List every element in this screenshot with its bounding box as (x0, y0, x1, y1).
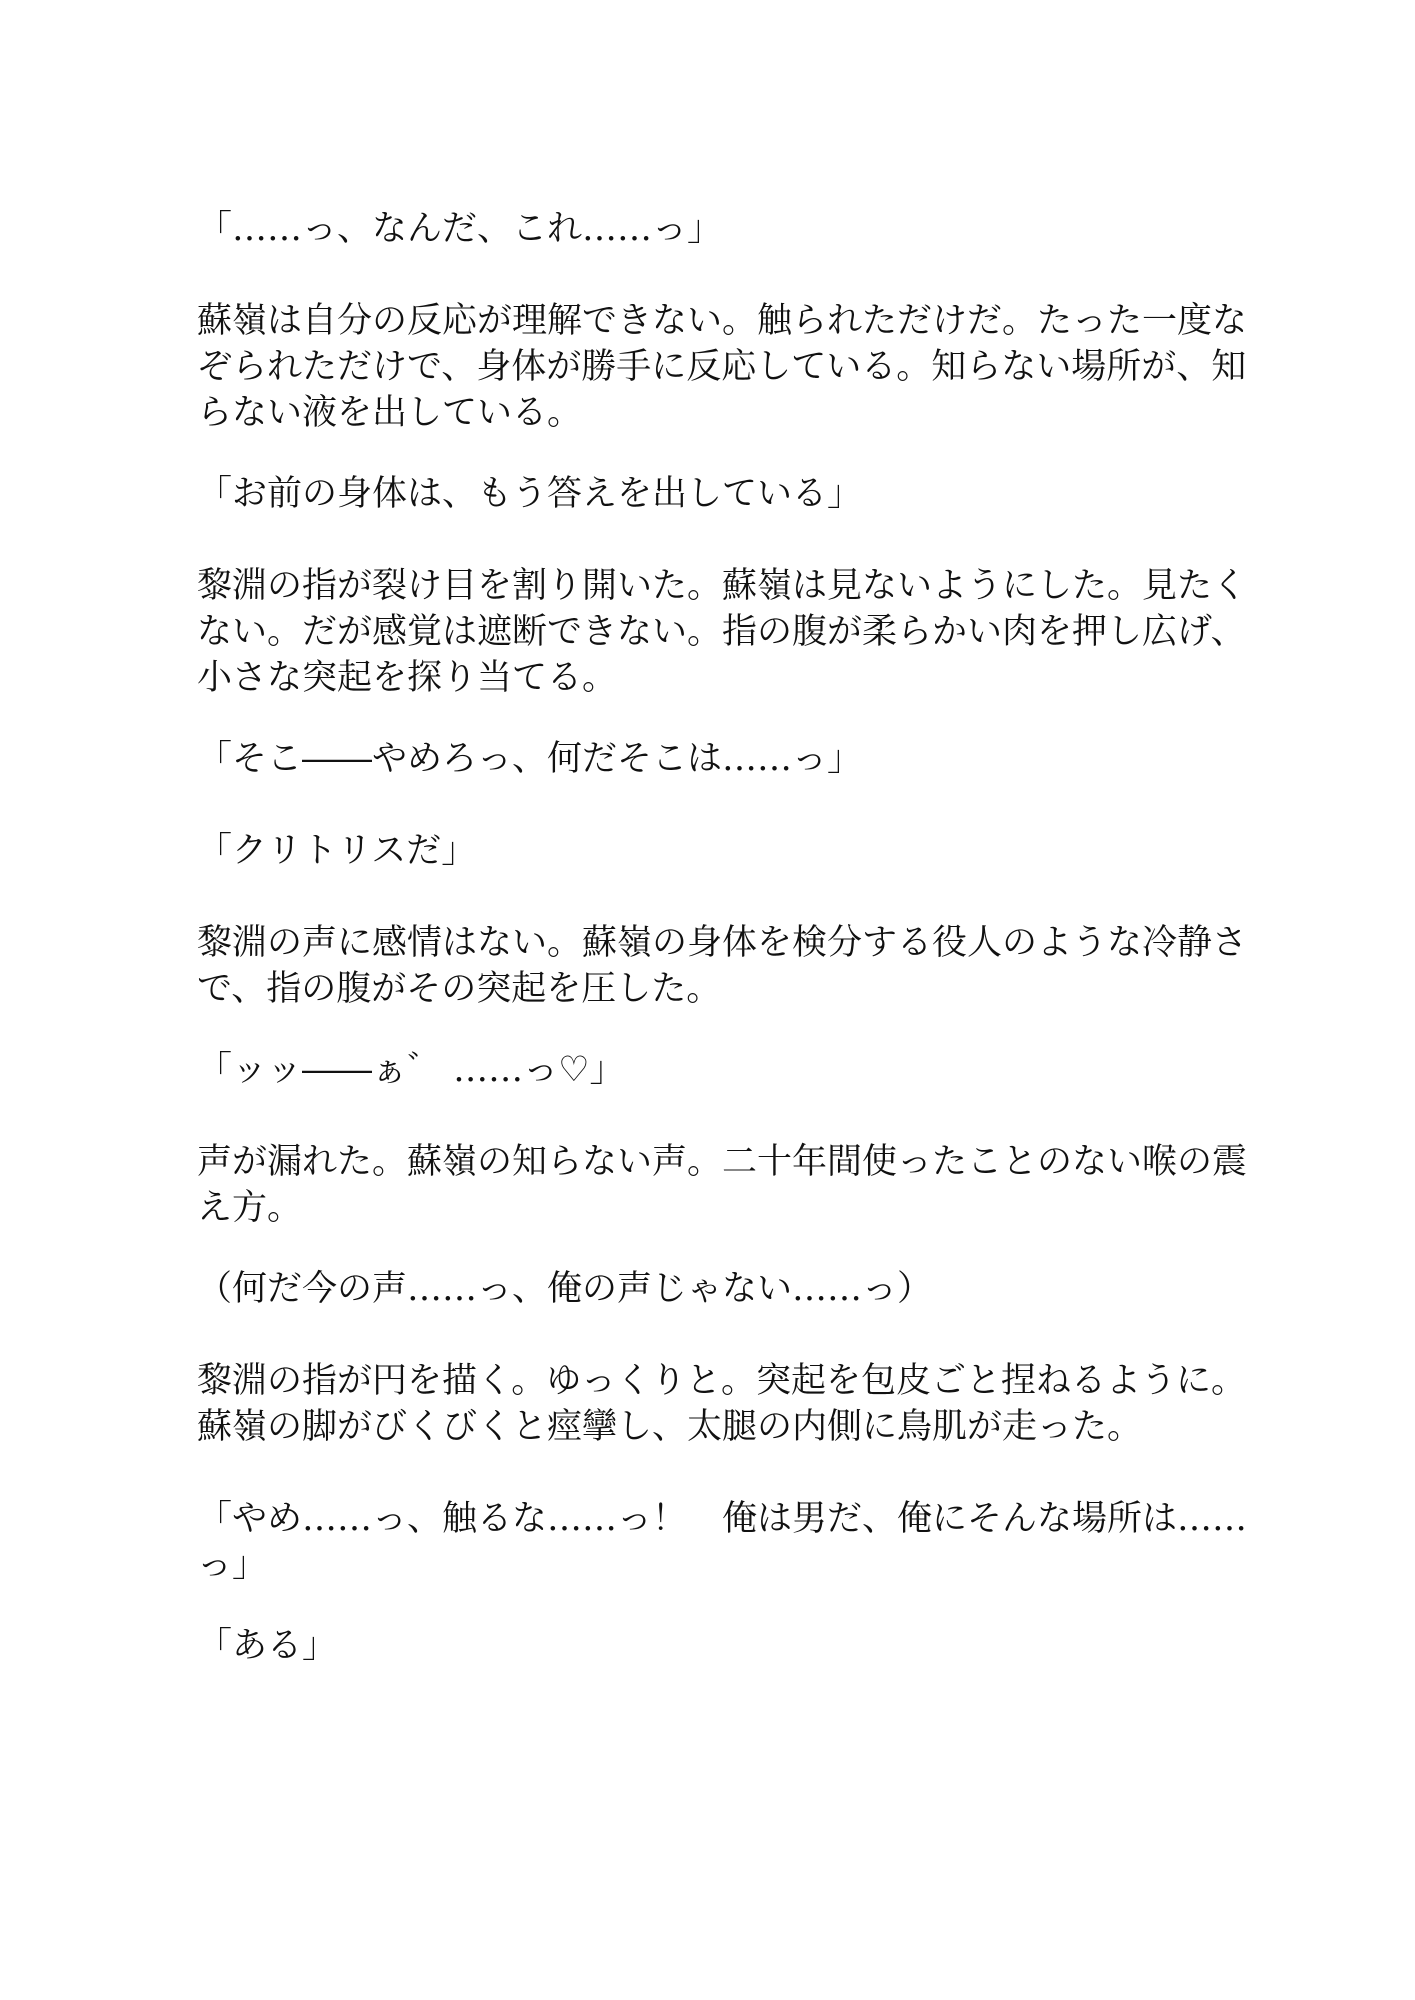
text-line: 「そこ――やめろっ、何だそこは……っ」 (197, 739, 862, 779)
text-line: 黎淵の指が円を描く。ゆっくりと。突起を包皮ごと捏ねるように。 (197, 1358, 1297, 1404)
text-line: 蘇嶺は自分の反応が理解できない。触られただけだ。たった一度な (197, 298, 1297, 344)
text-line: 黎淵の指が裂け目を割り開いた。蘇嶺は見ないようにした。見たく (197, 563, 1297, 609)
text-line: （何だ今の声……っ、俺の声じゃない……っ） (197, 1269, 932, 1309)
text-line: え方。 (197, 1185, 1297, 1231)
dialogue-paragraph: 「クリトリスだ」 (197, 828, 1297, 874)
text-line: ない。だが感覚は遮断できない。指の腹が柔らかい肉を押し広げ、 (197, 609, 1297, 655)
document-page: 「……っ、なんだ、これ……っ」 蘇嶺は自分の反応が理解できない。触られただけだ。… (0, 0, 1415, 2000)
text-line: らない液を出している。 (197, 390, 1297, 436)
thought-paragraph: （何だ今の声……っ、俺の声じゃない……っ） (197, 1266, 1297, 1312)
dialogue-paragraph: 「お前の身体は、もう答えを出している」 (197, 471, 1297, 517)
dialogue-paragraph: 「ッッ――ぁ゛ ……っ♡」 (197, 1047, 1297, 1093)
dialogue-paragraph: 「そこ――やめろっ、何だそこは……っ」 (197, 736, 1297, 782)
text-line: 「ッッ――ぁ゛ ……っ♡」 (197, 1050, 625, 1090)
text-line: 小さな突起を探り当てる。 (197, 655, 1297, 701)
text-line: 「クリトリスだ」 (197, 831, 476, 871)
text-line: 「……っ、なんだ、これ……っ」 (197, 209, 722, 249)
text-line: っ」 (197, 1542, 1297, 1588)
text-line: 声が漏れた。蘇嶺の知らない声。二十年間使ったことのない喉の震 (197, 1139, 1297, 1185)
text-line: 「お前の身体は、もう答えを出している」 (197, 474, 862, 514)
text-line: 「やめ……っ、触るな……っ！ 俺は男だ、俺にそんな場所は…… (197, 1496, 1297, 1542)
dialogue-paragraph: 「ある」 (197, 1623, 1297, 1669)
text-line: 黎淵の声に感情はない。蘇嶺の身体を検分する役人のような冷静さ (197, 920, 1297, 966)
dialogue-paragraph: 「……っ、なんだ、これ……っ」 (197, 206, 1297, 252)
text-line: 蘇嶺の脚がびくびくと痙攣し、太腿の内側に鳥肌が走った。 (197, 1404, 1297, 1450)
text-line: ぞられただけで、身体が勝手に反応している。知らない場所が、知 (197, 344, 1297, 390)
text-line: で、指の腹がその突起を圧した。 (197, 966, 1297, 1012)
text-line: 「ある」 (197, 1626, 337, 1666)
text-column: 「……っ、なんだ、これ……っ」 蘇嶺は自分の反応が理解できない。触られただけだ。… (197, 206, 1297, 1715)
